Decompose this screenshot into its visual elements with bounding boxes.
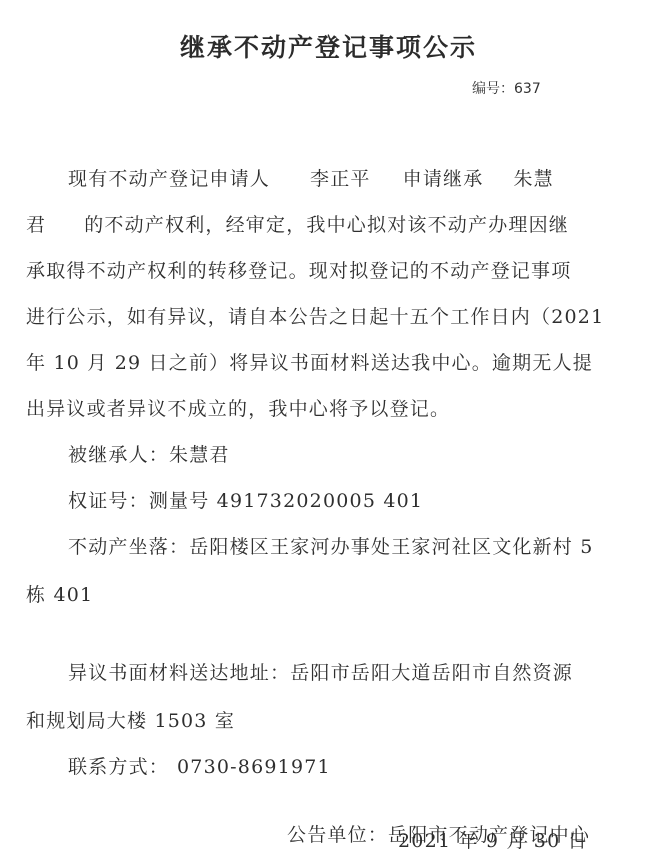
notice-date: 2021 年 9 月 30 日 bbox=[398, 826, 588, 853]
location-value: 岳阳楼区王家河办事处王家河社区文化新村 5 bbox=[189, 536, 593, 558]
contact-label: 联系方式： bbox=[68, 756, 169, 778]
body-line-1: 现有不动产登记申请人李正平申请继承朱慧 bbox=[68, 164, 554, 191]
decedent-label: 被继承人： bbox=[68, 444, 169, 466]
body-line-4: 进行公示，如有异议，请自本公告之日起十五个工作日内（2021 bbox=[26, 302, 604, 329]
certificate-label: 权证号： bbox=[68, 490, 149, 512]
location-field: 不动产坐落：岳阳楼区王家河办事处王家河社区文化新村 5 bbox=[68, 532, 594, 559]
body-text: 的不动产权利，经审定，我中心拟对该不动产办理因继 bbox=[84, 214, 569, 236]
contact-phone: 0730-8691971 bbox=[177, 756, 331, 778]
contact-field: 联系方式：0730-8691971 bbox=[68, 752, 331, 779]
document-number: 编号：637 bbox=[472, 78, 541, 98]
body-line-6: 出异议或者异议不成立的，我中心将予以登记。 bbox=[26, 394, 450, 421]
decedent-field: 被继承人：朱慧君 bbox=[68, 440, 230, 467]
body-line-5: 年 10 月 29 日之前）将异议书面材料送达我中心。逾期无人提 bbox=[26, 348, 593, 375]
address-line-1: 异议书面材料送达地址：岳阳市岳阳大道岳阳市自然资源 bbox=[68, 658, 573, 685]
decedent-name-part2: 君 bbox=[26, 214, 46, 236]
body-text: 申请继承 bbox=[403, 168, 484, 190]
issuer-label: 公告单位： bbox=[287, 824, 388, 846]
document-title: 继承不动产登记事项公示 bbox=[0, 28, 657, 64]
address-value: 岳阳市岳阳大道岳阳市自然资源 bbox=[290, 662, 573, 684]
body-line-2: 君的不动产权利，经审定，我中心拟对该不动产办理因继 bbox=[26, 210, 569, 237]
address-line-2: 和规划局大楼 1503 室 bbox=[26, 706, 235, 733]
certificate-value: 测量号 491732020005 401 bbox=[149, 490, 423, 512]
location-label: 不动产坐落： bbox=[68, 536, 189, 558]
decedent-name-part1: 朱慧 bbox=[513, 168, 553, 190]
document-number-value: 637 bbox=[514, 81, 541, 97]
certificate-field: 权证号：测量号 491732020005 401 bbox=[68, 486, 423, 513]
address-label: 异议书面材料送达地址： bbox=[68, 662, 290, 684]
decedent-value: 朱慧君 bbox=[169, 444, 230, 466]
location-value-continued: 栋 401 bbox=[26, 580, 93, 607]
document-number-label: 编号： bbox=[472, 81, 514, 97]
body-line-3: 承取得不动产权利的转移登记。现对拟登记的不动产登记事项 bbox=[26, 256, 571, 283]
applicant-name: 李正平 bbox=[310, 168, 371, 190]
body-text: 现有不动产登记申请人 bbox=[68, 168, 270, 190]
